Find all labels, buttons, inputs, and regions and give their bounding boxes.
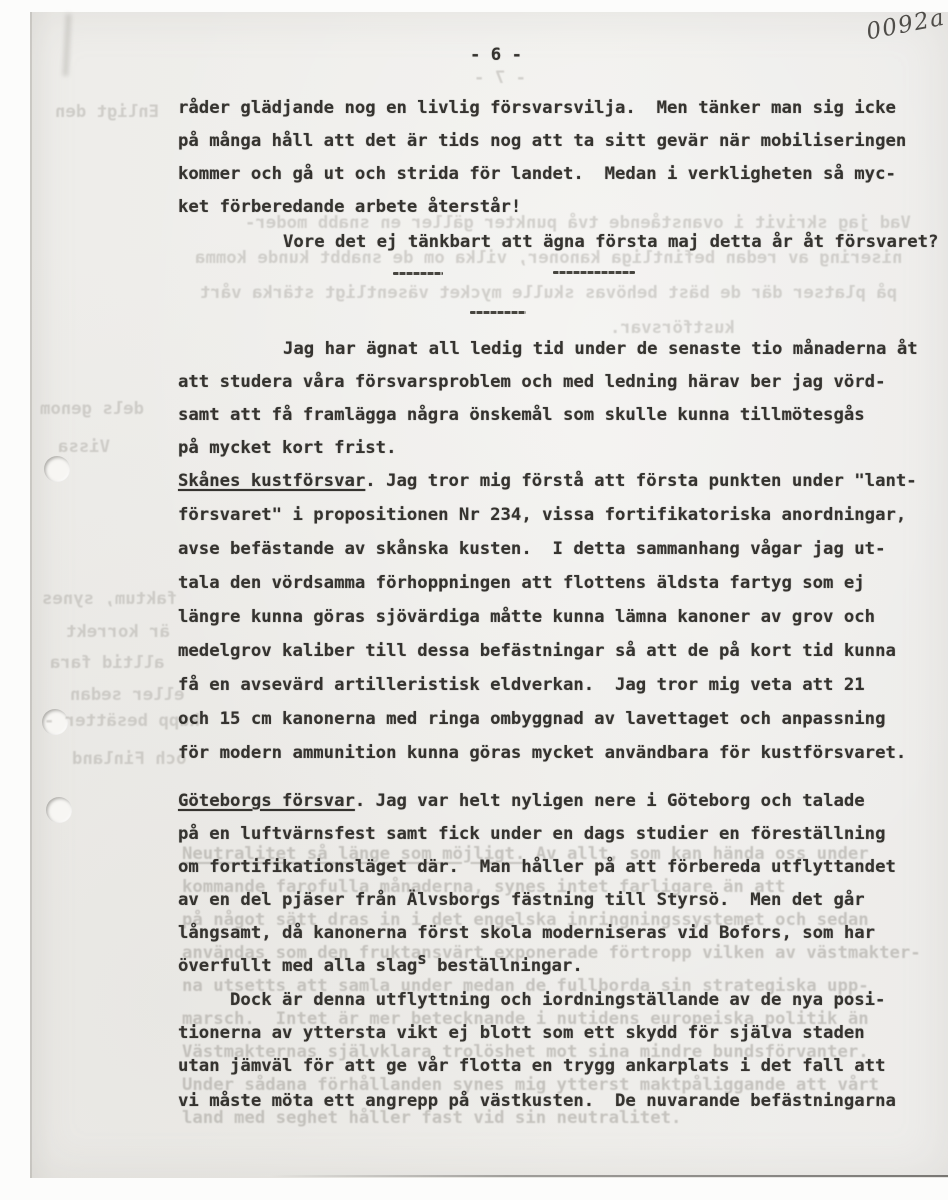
typed-line: på mycket kort frist. (178, 437, 397, 459)
bleedthrough-line-mirrored: är korrekt (66, 621, 170, 643)
typed-line: ket förberedande arbete återstår! (178, 196, 521, 218)
typed-line: Vore det ej tänkbart att ägna första maj… (283, 231, 938, 253)
bleedthrough-line-mirrored: eller sedan (70, 684, 184, 706)
typed-line: vi måste möta ett angrepp på västkusten.… (178, 1090, 896, 1112)
typed-line: tionerna av yttersta vikt ej blott som e… (178, 1022, 865, 1044)
underlined-heading: Skånes kustförsvar (178, 471, 365, 491)
typed-line: att studera våra försvarsproblem och med… (178, 371, 886, 393)
paper-left-edge (30, 12, 32, 1178)
typed-line: för modern ammunition kunna göras mycket… (178, 742, 906, 764)
typed-line: Dock är denna utflyttning och iordningst… (230, 989, 885, 1011)
scanned-document: { "document": { "page_number": "- 6 -", … (0, 0, 948, 1200)
typed-line: av en del pjäser från Älvsborgs fästning… (178, 889, 865, 911)
bleedthrough-line-mirrored: och Finland (72, 748, 186, 770)
bleedthrough-line-mirrored: Enligt den (55, 101, 159, 123)
separator-dash (553, 271, 635, 274)
punch-hole (46, 797, 72, 823)
typed-line: Jag har ägnat all ledig tid under de sen… (283, 338, 918, 360)
bleedthrough-line-mirrored: faktum, synes (42, 588, 177, 610)
typed-line: på många håll att det är tids nog att ta… (178, 130, 906, 152)
typed-line: Skånes kustförsvar. Jag tror mig förstå … (178, 470, 917, 492)
bleedthrough-line-mirrored: dels genom (40, 398, 144, 420)
typed-line: avse befästande av skånska kusten. I det… (178, 538, 886, 560)
punch-hole (44, 456, 70, 482)
typed-line: råder glädjande nog en livlig försvarsvi… (178, 97, 896, 119)
bleedthrough-line-mirrored: Vissa (58, 436, 110, 458)
typed-line: långsamt, då kanonerna först skola moder… (178, 922, 875, 944)
typed-line: kommer och gå ut och strida för landet. … (178, 163, 896, 185)
bleedthrough-line-mirrored: - 7 - (474, 67, 526, 89)
bleedthrough-line-mirrored: alltid fara (50, 652, 164, 674)
typed-line: utan jämväl för att ge vår flotta en try… (178, 1055, 886, 1077)
paper-bottom-edge (270, 1175, 948, 1177)
typed-line: samt att få framlägga några önskemål som… (178, 404, 865, 426)
separator-dash (393, 272, 443, 275)
bleedthrough-line-mirrored: på platser där de bäst behövas skulle my… (200, 282, 897, 304)
underlined-heading: Göteborgs försvar (178, 791, 355, 811)
typed-line: försvaret" i propositionen Nr 234, vissa… (178, 504, 906, 526)
bleedthrough-line-mirrored: kupp besätter - (44, 710, 200, 732)
typed-line: tala den vördsamma förhoppningen att flo… (178, 572, 865, 594)
typed-line: få en avsevärd artilleristisk eldverkan.… (178, 674, 865, 696)
raised-character: s (417, 950, 426, 968)
typed-line: medelgrov kaliber till dessa befästninga… (178, 640, 896, 662)
typed-line: på en luftvärnsfest samt fick under en d… (178, 823, 886, 845)
typed-line: och 15 cm kanonerna med ringa ombyggnad … (178, 708, 886, 730)
typed-line: längre kunna göras sjövärdiga måtte kunn… (178, 606, 875, 628)
page-number: - 6 - (470, 44, 522, 66)
separator-dash (470, 311, 526, 314)
typed-line: Göteborgs försvar. Jag var helt nyligen … (178, 790, 865, 812)
typed-line: om fortifikationsläget där. Man håller p… (178, 856, 896, 878)
bleedthrough-line-mirrored: kustförsvar. (610, 317, 735, 339)
typed-line: överfullt med alla slags beställningar. (178, 955, 583, 977)
